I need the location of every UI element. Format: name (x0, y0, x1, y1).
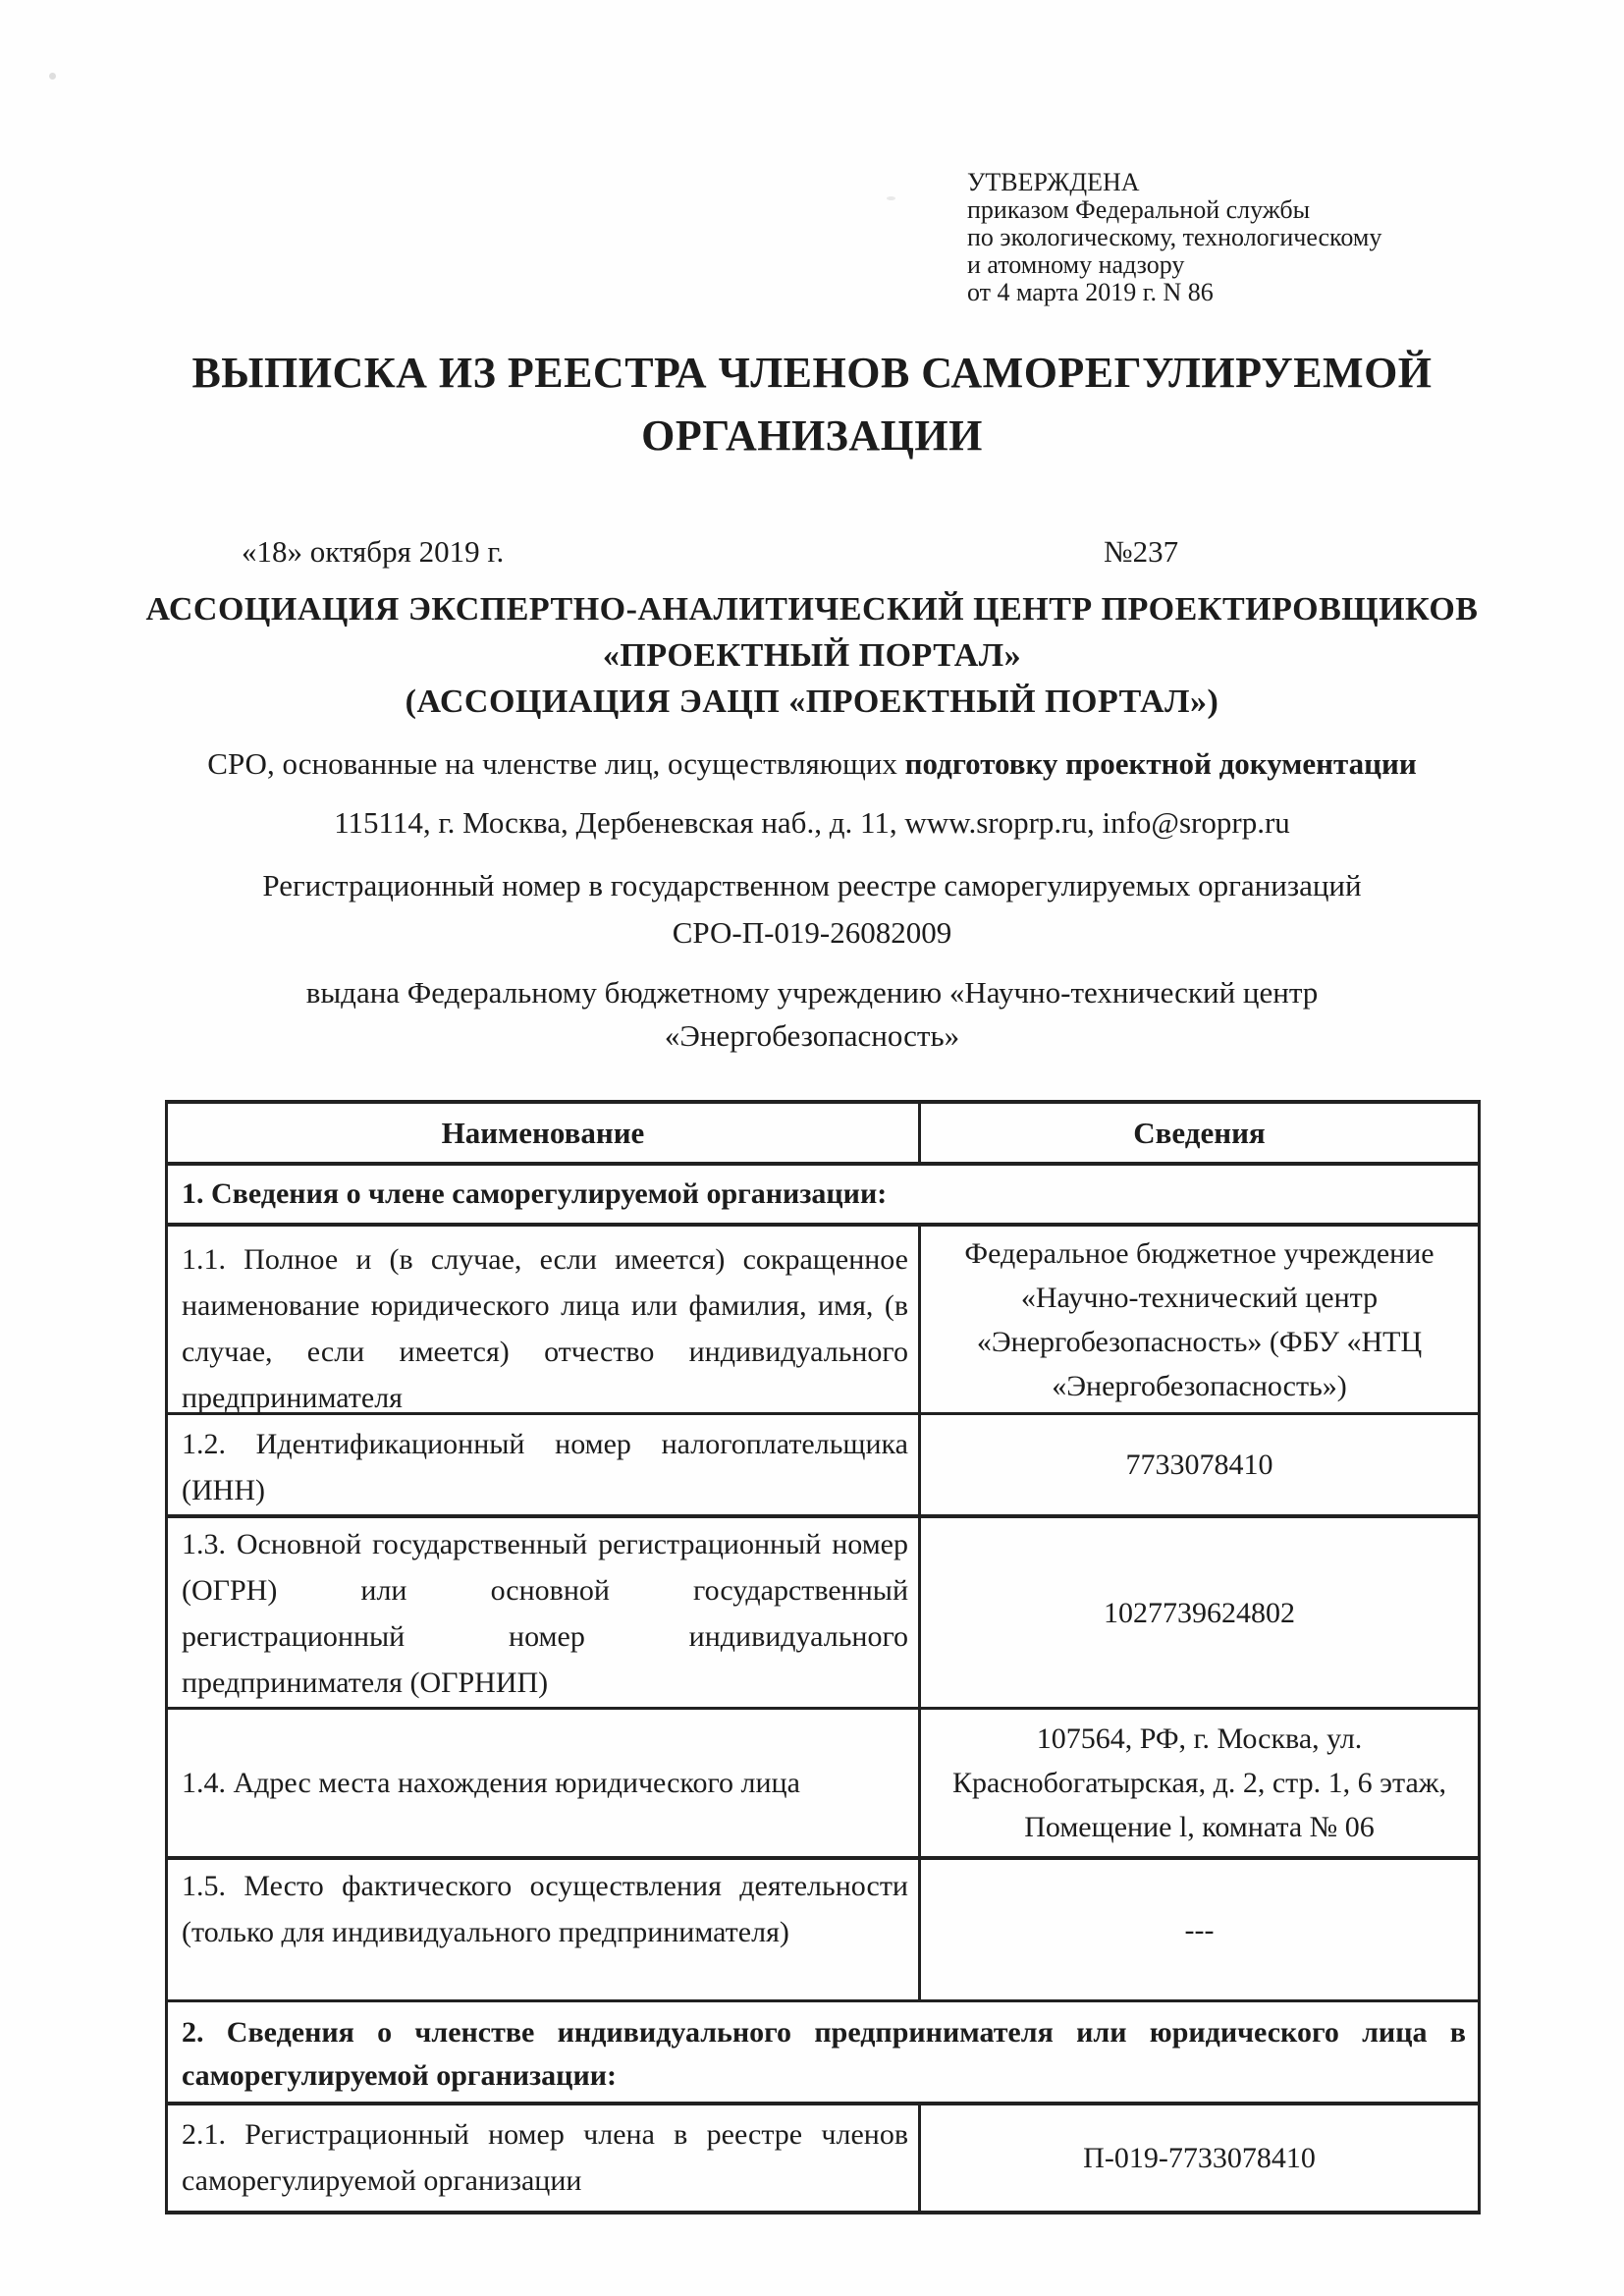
column-header-value: Сведения (921, 1104, 1478, 1162)
member-info-table: Наименование Сведения 1. Сведения о член… (165, 1100, 1481, 2214)
document-page: УТВЕРЖДЕНАприказом Федеральной службыпо … (0, 0, 1624, 2296)
registry-block: Регистрационный номер в государственном … (0, 862, 1624, 957)
column-header-name: Наименование (168, 1104, 921, 1162)
table-header-row: Наименование Сведения (168, 1104, 1478, 1166)
sro-type-bold: подготовку проектной документации (905, 746, 1417, 781)
row-1-4-value: 107564, РФ, г. Москва, ул.Краснобогатырс… (921, 1710, 1478, 1856)
row-2-1-value: П-019-7733078410 (921, 2105, 1478, 2211)
row-2-1-name: 2.1. Регистрационный номер члена в реест… (168, 2105, 921, 2211)
section-row-1: 1. Сведения о члене саморегулируемой орг… (168, 1166, 1478, 1227)
row-1-2-value: 7733078410 (921, 1415, 1478, 1514)
sro-type-normal: СРО, основанные на членстве лиц, осущест… (207, 746, 904, 781)
document-title: ВЫПИСКА ИЗ РЕЕСТРА ЧЛЕНОВ САМОРЕГУЛИРУЕМ… (0, 342, 1624, 467)
organization-address: 115114, г. Москва, Дербеневская наб., д.… (0, 801, 1624, 845)
table-row: 1.4. Адрес места нахождения юридического… (168, 1710, 1478, 1860)
table-row: 2.1. Регистрационный номер члена в реест… (168, 2105, 1478, 2211)
table-row: 1.3. Основной государственный регистраци… (168, 1518, 1478, 1710)
row-1-3-value: 1027739624802 (921, 1518, 1478, 1707)
row-1-5-value: --- (921, 1860, 1478, 1999)
scan-artifact (49, 73, 56, 80)
row-1-3-name: 1.3. Основной государственный регистраци… (168, 1518, 921, 1707)
registry-label: Регистрационный номер в государственном … (0, 862, 1624, 909)
table-row: 1.5. Место фактического осуществления де… (168, 1860, 1478, 2002)
row-1-1-name: 1.1. Полное и (в случае, если имеется) с… (168, 1227, 921, 1412)
section-2-title: 2. Сведения о членстве индивидуального п… (168, 2002, 1478, 2102)
approval-block: УТВЕРЖДЕНАприказом Федеральной службыпо … (967, 169, 1381, 306)
row-1-5-name: 1.5. Место фактического осуществления де… (168, 1860, 921, 1999)
table-row: 1.1. Полное и (в случае, если имеется) с… (168, 1227, 1478, 1415)
scan-artifact (887, 196, 895, 200)
row-1-2-name: 1.2. Идентификационный номер налогоплате… (168, 1415, 921, 1514)
document-number: №237 (1104, 530, 1178, 574)
registry-number: СРО-П-019-26082009 (0, 909, 1624, 957)
organization-name: АССОЦИАЦИЯ ЭКСПЕРТНО-АНАЛИТИЧЕСКИЙ ЦЕНТР… (0, 586, 1624, 725)
sro-type-line: СРО, основанные на членстве лиц, осущест… (0, 742, 1624, 786)
section-1-title: 1. Сведения о члене саморегулируемой орг… (168, 1166, 1478, 1223)
row-1-1-value: Федеральное бюджетное учреждение«Научно-… (921, 1227, 1478, 1412)
table-row: 1.2. Идентификационный номер налогоплате… (168, 1415, 1478, 1518)
document-date: «18» октября 2019 г. (242, 530, 504, 574)
section-row-2: 2. Сведения о членстве индивидуального п… (168, 2002, 1478, 2105)
row-1-4-name: 1.4. Адрес места нахождения юридического… (168, 1710, 921, 1856)
issued-to-block: выдана Федеральному бюджетному учреждени… (0, 971, 1624, 1058)
